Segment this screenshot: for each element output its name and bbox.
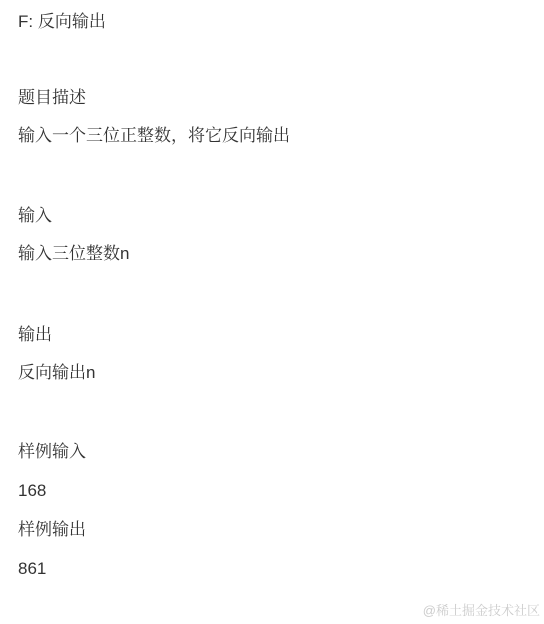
sample-output-value: 861: [18, 557, 544, 581]
watermark: @稀土掘金技术社区: [423, 603, 540, 619]
heading-sample-output: 样例输出: [18, 518, 544, 542]
heading-description: 题目描述: [18, 86, 544, 110]
input-description: 输入三位整数n: [18, 242, 544, 266]
heading-sample-input: 样例输入: [18, 440, 544, 464]
sample-input-value: 168: [18, 479, 544, 503]
problem-page: F: 反向输出 题目描述 输入一个三位正整数，将它反向输出 输入 输入三位整数n…: [0, 0, 544, 624]
output-description: 反向输出n: [18, 361, 544, 385]
problem-title: F: 反向输出: [18, 10, 544, 34]
heading-output: 输出: [18, 323, 544, 347]
problem-statement: F: 反向输出 题目描述 输入一个三位正整数，将它反向输出 输入 输入三位整数n…: [0, 0, 544, 581]
description-text: 输入一个三位正整数，将它反向输出: [18, 124, 544, 148]
heading-input: 输入: [18, 204, 544, 228]
